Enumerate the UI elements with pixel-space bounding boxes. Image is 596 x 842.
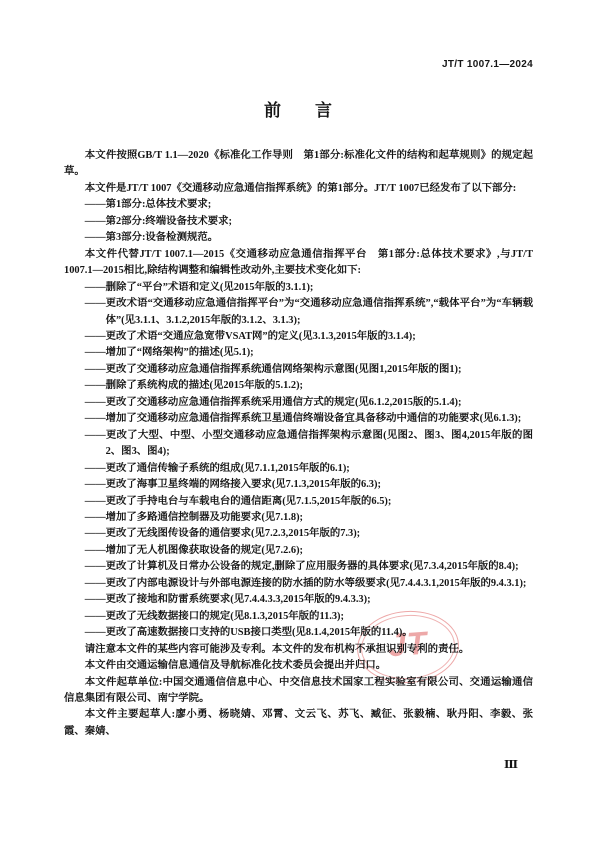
paragraph-centralized-by: 本文件由交通运输信息通信及导航标准化技术委员会提出并归口。 xyxy=(64,658,533,674)
standard-number: JT/T 1007.1—2024 xyxy=(442,59,533,70)
change-list-item: ——增加了无人机图像获取设备的规定(见7.2.6); xyxy=(64,543,533,559)
change-list-item: ——更改术语“交通移动应急通信指挥平台”为“交通移动应急通信指挥系统”,“载体平… xyxy=(64,296,533,329)
paragraph-drafting-rule: 本文件按照GB/T 1.1—2020《标准化工作导则 第1部分:标准化文件的结构… xyxy=(64,148,533,181)
change-list-item: ——更改了手持电台与车载电台的通信距离(见7.1.5,2015年版的6.5); xyxy=(64,494,533,510)
change-list-item: ——删除了系统构成的描述(见2015年版的5.1.2); xyxy=(64,378,533,394)
change-list-item: ——更改了无线数据接口的规定(见8.1.3,2015年版的11.3); xyxy=(64,609,533,625)
change-list-item: ——增加了多路通信控制器及功能要求(见7.1.8); xyxy=(64,510,533,526)
change-list-item: ——更改了通信传输子系统的组成(见7.1.1,2015年版的6.1); xyxy=(64,461,533,477)
change-list-item: ——更改了接地和防雷系统要求(见7.4.4.3.3,2015年版的9.4.3.3… xyxy=(64,592,533,608)
change-list-item: ——更改了高速数据接口支持的USB接口类型(见8.1.4,2015年版的11.4… xyxy=(64,625,533,641)
part-list-item: ——第3部分:设备检测规范。 xyxy=(64,230,533,246)
change-list-item: ——更改了交通移动应急通信指挥系统通信网络架构示意图(见图1,2015年版的图1… xyxy=(64,362,533,378)
change-list-item: ——更改了大型、中型、小型交通移动应急通信指挥架构示意图(见图2、图3、图4,2… xyxy=(64,428,533,461)
standard-document-page: JT/T 1007.1—2024 前 言 JT 本文件按照GB/T 1.1—20… xyxy=(0,0,596,842)
part-list-item: ——第2部分:终端设备技术要求; xyxy=(64,214,533,230)
foreword-title: 前 言 xyxy=(0,96,596,121)
foreword-body: 本文件按照GB/T 1.1—2020《标准化工作导则 第1部分:标准化文件的结构… xyxy=(64,148,533,740)
paragraph-main-drafters: 本文件主要起草人:廖小勇、杨晓婧、邓霄、文云飞、苏飞、臧征、张毅楠、耿丹阳、李毅… xyxy=(64,707,533,740)
paragraph-series-intro: 本文件是JT/T 1007《交通移动应急通信指挥系统》的第1部分。JT/T 10… xyxy=(64,181,533,197)
change-list-item: ——更改了无线图传设备的通信要求(见7.2.3,2015年版的7.3); xyxy=(64,526,533,542)
change-list-item: ——增加了交通移动应急通信指挥系统卫星通信终端设备宜具备移动中通信的功能要求(见… xyxy=(64,411,533,427)
paragraph-drafting-organizations: 本文件起草单位:中国交通通信信息中心、中交信息技术国家工程实验室有限公司、交通运… xyxy=(64,675,533,708)
change-list-item: ——删除了“平台”术语和定义(见2015年版的3.1.1); xyxy=(64,280,533,296)
change-list-item: ——更改了计算机及日常办公设备的规定,删除了应用服务器的具体要求(见7.3.4,… xyxy=(64,559,533,575)
page-number: Ⅲ xyxy=(504,757,518,771)
change-list-item: ——更改了交通移动应急通信指挥系统采用通信方式的规定(见6.1.2,2015版的… xyxy=(64,395,533,411)
change-list-item: ——更改了海事卫星终端的网络接入要求(见7.1.3,2015年版的6.3); xyxy=(64,477,533,493)
change-list-item: ——更改了术语“交通应急宽带VSAT网”的定义(见3.1.3,2015年版的3.… xyxy=(64,329,533,345)
change-list-item: ——增加了“网络架构”的描述(见5.1); xyxy=(64,345,533,361)
paragraph-patent-note: 请注意本文件的某些内容可能涉及专利。本文件的发布机构不承担识别专利的责任。 xyxy=(64,642,533,658)
paragraph-replacement: 本文件代替JT/T 1007.1—2015《交通移动应急通信指挥平台 第1部分:… xyxy=(64,247,533,280)
part-list-item: ——第1部分:总体技术要求; xyxy=(64,197,533,213)
change-list-item: ——更改了内部电源设计与外部电源连接的防水插的防水等级要求(见7.4.4.3.1… xyxy=(64,576,533,592)
